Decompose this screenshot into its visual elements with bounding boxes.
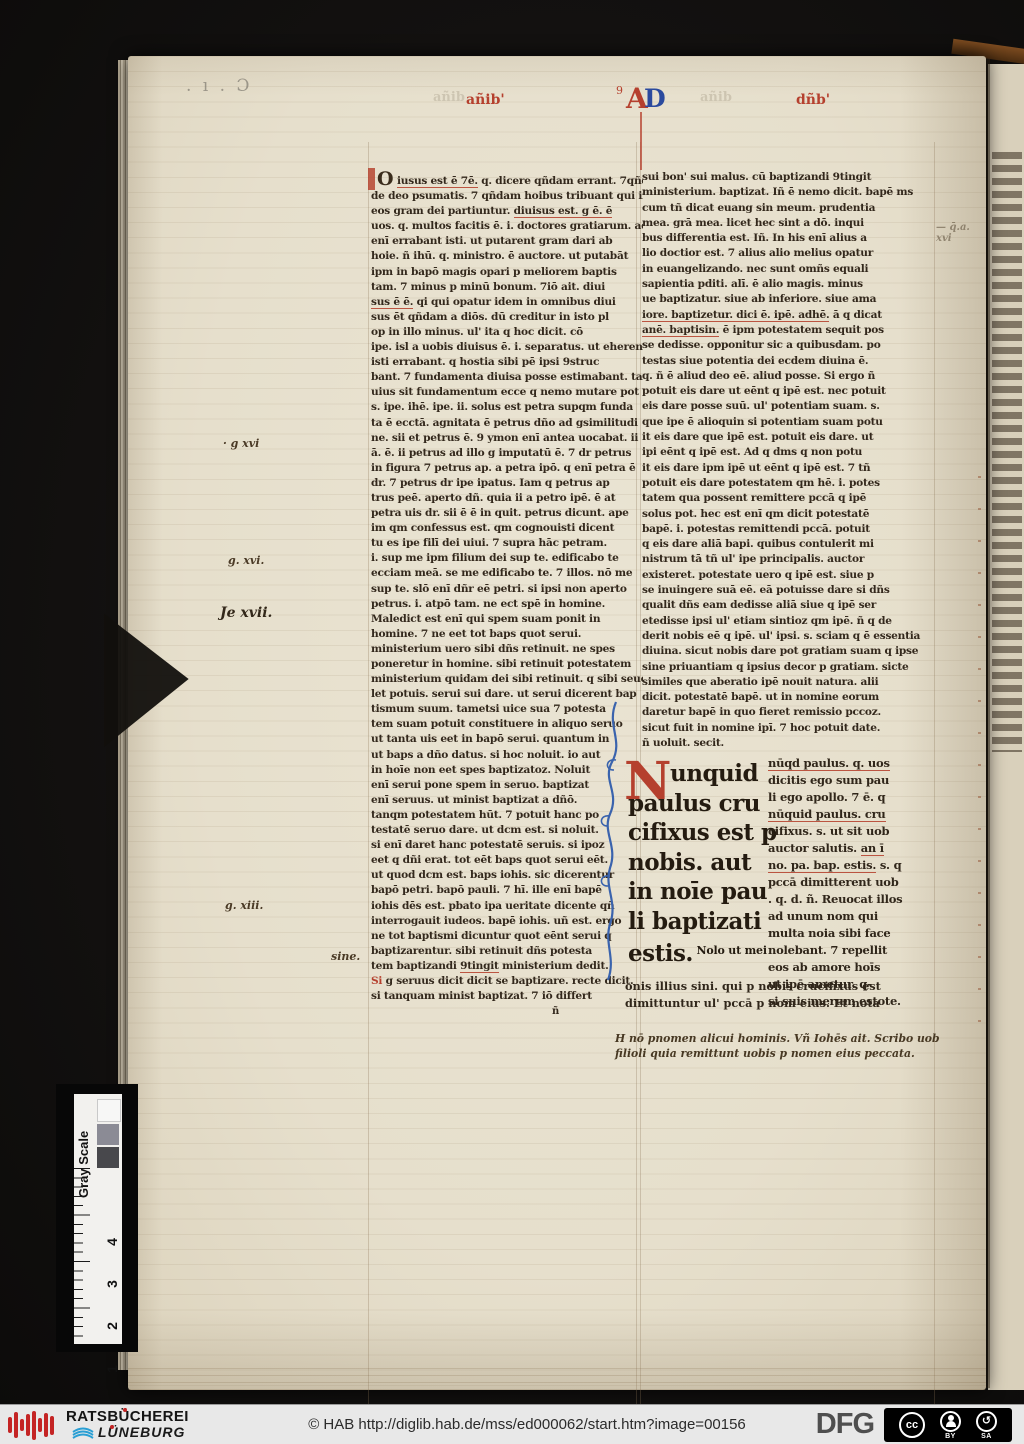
manuscript-line: potuit eis dare ut eēnt q ipē est. nec p… (642, 384, 936, 399)
manuscript-line: nistrum tā tñ ul' ipe principalis. aucto… (642, 552, 936, 567)
manuscript-line: ne. sii et petrus ē. 9 ymon enī antea uo… (371, 431, 643, 446)
person-icon (940, 1411, 961, 1432)
manuscript-page: . ı . Ɔ añib añib añib' 9 A D dñb' O ius… (128, 56, 986, 1390)
margin-note: Je xvii. (220, 605, 272, 621)
manuscript-line: sus ē ē. qi qui opatur idem in omnibus d… (371, 295, 643, 310)
manuscript-line: uius sit fundamentum ecce q nemo mutare … (371, 385, 643, 400)
manuscript-line: similes que aberatio ipē nouit natura. a… (642, 675, 936, 690)
gloss-line: no. pa. bap. estis. s. q (768, 857, 940, 874)
footnote-gloss: H nō pnomen alicui hominis. Vñ Iohēs ait… (615, 1031, 935, 1061)
manuscript-line: sus ēt qñdam a diōs. dū creditur in isto… (371, 310, 643, 325)
gloss-line: pccā dimitterent uob (768, 874, 940, 891)
manuscript-line: sui bon' sui malus. cū baptizandi 9tingi… (642, 170, 936, 185)
manuscript-line: isti errabant. q hostia sibi pē ipsi 9st… (371, 355, 643, 370)
manuscript-line: derit nobis eē q ipē. ul' ipsi. s. sciam… (642, 629, 936, 644)
manuscript-line: bus differentia est. Iñ. In his enī aliu… (642, 231, 936, 246)
manuscript-line: se inuingere suā eē. eā potuisse dare si… (642, 583, 936, 598)
manuscript-line: dicit. potestatē bapē. ut in nomine eoru… (642, 690, 936, 705)
manuscript-line: mea. grā mea. licet hec sint a dō. inqui (642, 216, 936, 231)
header-flourish (640, 112, 642, 170)
manuscript-line: in figura 7 petrus ap. a petra ipō. q en… (371, 461, 643, 476)
manuscript-line: im qm confessus est. qm cognouisti dicen… (371, 521, 643, 536)
showthrough-text: añib (700, 90, 732, 105)
patch-dark-gray (97, 1147, 119, 1168)
margin-note: g. xvi. (228, 554, 264, 567)
manuscript-line: que ipe ē alioquin si potentiam suam pot… (642, 415, 936, 430)
manuscript-line: op in illo minus. ul' ita q hoc dicit. c… (371, 325, 643, 340)
manuscript-line: si tanquam minist baptizat. 7 iō differt (371, 989, 643, 1004)
cc-sa-label: SA (981, 1433, 992, 1440)
gloss-line: nūquid paulus. cru (768, 806, 940, 823)
margin-note: g. xiii. (225, 899, 263, 912)
margin-note: sine. (331, 950, 360, 963)
book-icon (72, 1425, 94, 1440)
manuscript-line: eos gram dei partiuntur. diuisus est. g … (371, 204, 643, 219)
gloss-line: nūqd paulus. q. uos (768, 755, 940, 772)
running-header-mark: 9 (616, 84, 623, 97)
manuscript-line: qualit dñs eam dedisse aliā siue q ipē s… (642, 598, 936, 613)
manuscript-line: in euangelizando. nec sunt omñs equali (642, 262, 936, 277)
manuscript-line: q. ñ ē aliud deo eē. aliud posse. Si erg… (642, 369, 936, 384)
running-header-left: añib' (466, 92, 505, 108)
manuscript-line: tam. 7 minus p minū bonum. 7iō ait. diui (371, 280, 643, 295)
share-alike-icon: ↺ (976, 1411, 997, 1432)
cc-icon: cc (899, 1412, 925, 1438)
manuscript-line: eis dare posse suū. ul' potentiam suam. … (642, 399, 936, 414)
manuscript-line: ñ uoluit. secit. (642, 736, 936, 751)
copyright-url-text: © HAB http://diglib.hab.de/mss/ed000062/… (270, 1416, 784, 1433)
gloss-line: cifixus. s. ut sit uob (768, 823, 940, 840)
manuscript-line: daretur bapē in quo fieret remissio pcco… (642, 705, 936, 720)
manuscript-line: sicut fuit in nomine ipī. 7 hoc potuit d… (642, 721, 936, 736)
cc-sa-item: ↺ SA (976, 1411, 997, 1440)
manuscript-line: lio doctior est. 7 alius alio melius opa… (642, 246, 936, 261)
gloss-line: dicitis ego sum pau (768, 772, 940, 789)
gloss-line: ad unum nom qui (768, 908, 940, 925)
manuscript-line: bant. 7 fundamenta diuisa posse estimaba… (371, 370, 643, 385)
manuscript-line: petrus. i. atpō tam. ne ect spē in homin… (371, 597, 643, 612)
manuscript-line: poneretur in homine. sibi retinuit potes… (371, 657, 643, 672)
manuscript-line: diuina. sicut nobis dare pot gratiam sua… (642, 644, 936, 659)
gloss-line: . q. d. ñ. Reuocat illos (768, 891, 940, 908)
manuscript-line: ministerium uero sibi dñs retinuit. ne s… (371, 642, 643, 657)
manuscript-line: anē. baptisin. ē ipm potestatem sequit p… (642, 323, 936, 338)
manuscript-line: it eis dare ipm ipē ut eēnt q ipē est. 7… (642, 461, 936, 476)
manuscript-line: ministerium quidam dei sibi retinuit. q … (371, 672, 643, 687)
manuscript-line: etedisse ipsi ul' etiam sintioz qm ipē. … (642, 614, 936, 629)
gloss-line: eos ab amore hoīs (768, 959, 940, 976)
manuscript-line: Maledict est enī qui spem suam ponit in (371, 612, 643, 627)
right-text-column: sui bon' sui malus. cū baptizandi 9tingi… (642, 170, 936, 751)
manuscript-line: s. ipe. ihē. ipe. ii. solus est petra su… (371, 400, 643, 415)
pen-flourish (594, 696, 630, 986)
ratsbuecherei-label: RATSBÜCHEREI (66, 1408, 189, 1425)
manuscript-line: enī errabant isti. ut putarent gram dari… (371, 234, 643, 249)
catchword: ñ (552, 1006, 559, 1017)
manuscript-line: homine. 7 ne eet tot baps quot serui. (371, 627, 643, 642)
manuscript-line: uos. q. multos facitis ē. i. doctores gr… (371, 219, 643, 234)
manuscript-line: i. sup me ipm filium dei sup te. edifica… (371, 551, 643, 566)
cc-by-item: BY (940, 1411, 961, 1440)
manuscript-line: onis illius sini. qui p nobis crucifixus… (625, 978, 925, 995)
initial-n: N (624, 751, 672, 812)
manuscript-line: tu es ipe filī dei uiui. 7 supra hāc pet… (371, 536, 643, 551)
ratsbuecherei-bars-icon (8, 1409, 54, 1441)
manuscript-line: iore. baptizetur. dici ē. ipē. adhē. ā q… (642, 308, 936, 323)
running-header-letter-d: D (644, 84, 666, 113)
ruler-number: 1 (104, 1365, 120, 1373)
patch-white (97, 1099, 121, 1122)
manuscript-line: hoie. ñ ihū. q. ministro. ē auctore. ut … (371, 249, 643, 264)
manuscript-line: ipe. isl a uobis diuisus ē. i. separatus… (371, 340, 643, 355)
dfg-logo: DFG (816, 1408, 874, 1441)
footnote-line: filioli quia remittunt uobis p nomen eiu… (615, 1046, 935, 1061)
gloss-column: nūqd paulus. q. uosdicitis ego sum pauli… (768, 755, 940, 1010)
next-folio-text-hint (992, 152, 1022, 752)
manuscript-line: q eis dare aliā bapi. quibus contulerit … (642, 537, 936, 552)
pricking-holes (978, 476, 981, 1036)
gloss-line: li ego apollo. 7 ē. q (768, 789, 940, 806)
gloss-line: auctor salutis. an ī (768, 840, 940, 857)
manuscript-line: iusus est ē 7ē. q. dicere qñdam errant. … (371, 174, 643, 189)
gloss-line: nolebant. 7 repellit (768, 942, 940, 959)
manuscript-line: ue baptizatur. siue ab inferiore. siue a… (642, 292, 936, 307)
cc-by-label: BY (945, 1433, 956, 1440)
grayscale-ruler: Gray Scale 43210 (74, 1094, 122, 1344)
cc-license-block: cc BY ↺ SA (884, 1408, 1012, 1442)
manuscript-line: sine priuantiam q ipsius decor p gratiam… (642, 660, 936, 675)
umlaut-red-dot (110, 1425, 114, 1429)
manuscript-line: ta ē ecctā. agnitata ē petrus dño ad gsi… (371, 416, 643, 431)
gloss-line: multa noia sibi face (768, 925, 940, 942)
manuscript-line: tatem qua possent remittere pccā q ipē (642, 491, 936, 506)
manuscript-line: ā. ē. ii petrus ad illo g imputatū ē. 7 … (371, 446, 643, 461)
showthrough-text: añib (433, 90, 465, 105)
manuscript-line: dimittuntur ul' pccā p nom eius. Et nota (625, 995, 925, 1012)
manuscript-line: ministerium. baptizat. Iñ ē nemo dicit. … (642, 185, 936, 200)
ruling-vline (368, 142, 369, 1408)
manuscript-line: existeret. potestate uero q ipē est. siu… (642, 568, 936, 583)
manuscript-line: testas siue potentia dei ecdem diuina ē. (642, 354, 936, 369)
running-header-right: dñb' (796, 92, 830, 108)
patch-mid-gray (97, 1124, 119, 1145)
ruler-number: 4 (104, 1238, 120, 1246)
manuscript-line: ecciam meā. se me edificabo te. 7 illos.… (371, 566, 643, 581)
margin-note: · g xvi (223, 437, 259, 450)
manuscript-line: potuit eis dare potestatem qm hē. i. pot… (642, 476, 936, 491)
manuscript-line: solus pot. hec est enī qm dicit potestat… (642, 507, 936, 522)
ruler-major-ticks (74, 1168, 90, 1342)
ruler-number: 2 (104, 1322, 120, 1330)
manuscript-line: ipi eēnt q ipē est. Ad q dms q non potu (642, 445, 936, 460)
manuscript-line: petra uis dr. sii ē ē in quit. petrus di… (371, 506, 643, 521)
gray-patches (97, 1099, 119, 1170)
pencil-foliation-mark: . ı . Ɔ (186, 76, 252, 96)
footer-bar: RATSBÜCHEREI LÜNEBURG © HAB http://digli… (0, 1404, 1024, 1444)
next-folio-edge (988, 64, 1024, 1390)
ruler-scale: 43210 (74, 1168, 122, 1342)
photo-canvas: . ı . Ɔ añib añib añib' 9 A D dñb' O ius… (0, 0, 1024, 1444)
manuscript-line: sup te. slō enī dñr eē petri. si ipsi no… (371, 582, 643, 597)
manuscript-line: sapientia pditi. alī. ē alio magis. minu… (642, 277, 936, 292)
manuscript-line: de deo psumatis. 7 qñdam hoibus tribuant… (371, 189, 643, 204)
manuscript-line: bapē. i. potestas remittendi pccā. potui… (642, 522, 936, 537)
manuscript-line: dr. 7 petrus dr ipe ipatus. Iam q petrus… (371, 476, 643, 491)
manuscript-line: ipm in bapō magis opari p meliorem bapti… (371, 265, 643, 280)
umlaut-red-dot (123, 1408, 127, 1412)
right-margin-note: — q̄.a. xvi (936, 222, 986, 244)
ruler-number: 3 (104, 1280, 120, 1288)
manuscript-line: se dedisse. opponitur sic a quibusdam. p… (642, 338, 936, 353)
footnote-line: H nō pnomen alicui hominis. Vñ Iohēs ait… (615, 1031, 935, 1046)
column-bottom-lines: onis illius sini. qui p nobis crucifixus… (625, 978, 925, 1012)
manuscript-line: trus peē. aperto dñ. quia ii a petro ipē… (371, 491, 643, 506)
manuscript-line: cum tñ dicat euang sin meum. prudentia (642, 201, 936, 216)
manuscript-line: it eis dare que ipē est. potuit eis dare… (642, 430, 936, 445)
